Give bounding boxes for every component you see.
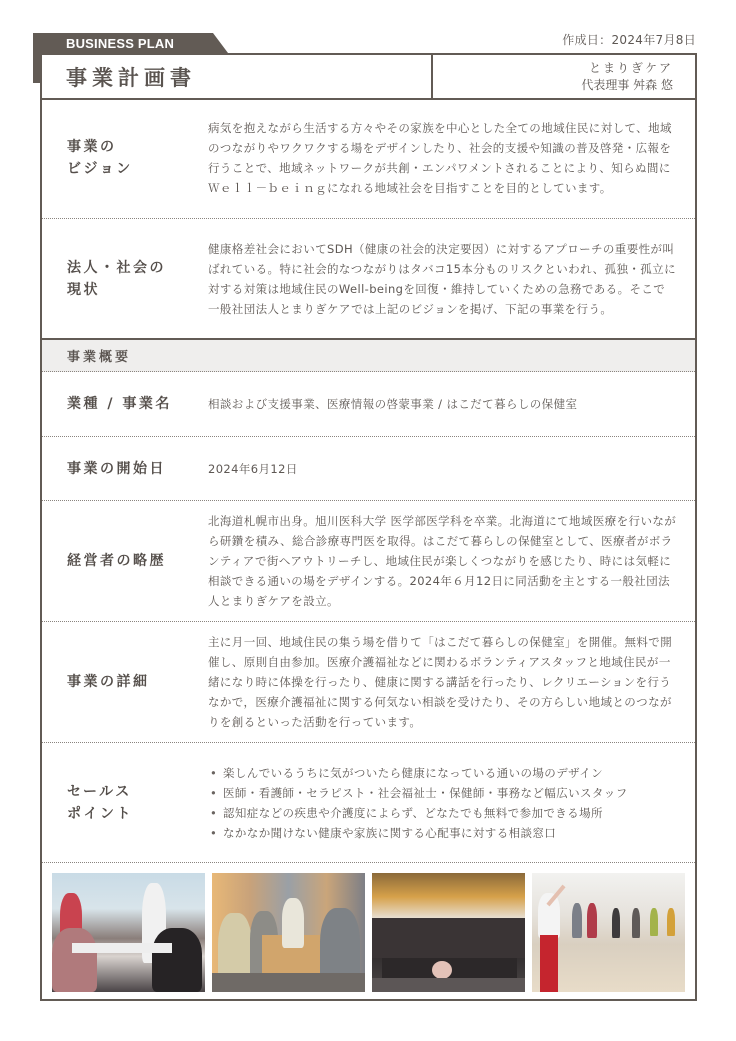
- group-conversation-photo: [212, 873, 365, 992]
- title-bar: 事業計画書 とまりぎケア 代表理事 舛森 悠: [40, 53, 697, 100]
- section-label: 事業の ビジョン: [42, 98, 208, 218]
- section-label: 業種 / 事業名: [42, 372, 208, 436]
- section-label: セールス ポイント: [42, 743, 208, 862]
- page-title: 事業計画書: [66, 62, 196, 92]
- sales-point-list: 楽しんでいるうちに気がついたら健康になっている通いの場のデザイン 医師・看護師・…: [208, 763, 628, 843]
- author-cell: とまりぎケア 代表理事 舛森 悠: [433, 55, 695, 98]
- section-label: 法人・社会の 現状: [42, 219, 208, 338]
- section-body: 病気を抱えながら生活する方々やその家族を中心とした全ての地域住民に対して、地域の…: [208, 98, 695, 218]
- section-business-type: 業種 / 事業名 相談および支援事業、医療情報の啓蒙事業 / はこだて暮らしの保…: [42, 372, 695, 437]
- group-portrait-photo: [372, 873, 525, 992]
- title-cell: 事業計画書: [42, 55, 433, 98]
- section-vision: 事業の ビジョン 病気を抱えながら生活する方々やその家族を中心とした全ての地域住…: [42, 98, 695, 219]
- section-status: 法人・社会の 現状 健康格差社会においてSDH（健康の社会的決定要因）に対するア…: [42, 219, 695, 340]
- sales-point-item: 医師・看護師・セラピスト・社会福祉士・保健師・事務など幅広いスタッフ: [208, 783, 628, 803]
- section-start-date: 事業の開始日 2024年6月12日: [42, 437, 695, 501]
- label-line: ポイント: [67, 803, 133, 825]
- label-line: 法人・社会の: [67, 257, 166, 279]
- exercise-session-photo: [532, 873, 685, 992]
- section-body: 相談および支援事業、医療情報の啓蒙事業 / はこだて暮らしの保健室: [208, 372, 695, 436]
- label-line: 事業の: [67, 136, 133, 158]
- section-detail: 事業の詳細 主に月一回、地域住民の集う場を借りて「はこだて暮らしの保健室」を開催…: [42, 622, 695, 743]
- section-body: 主に月一回、地域住民の集う場を借りて「はこだて暮らしの保健室」を開催。無料で開催…: [208, 622, 695, 742]
- label-line: ビジョン: [67, 158, 133, 180]
- created-date: 作成日：2024年7月8日: [562, 31, 696, 48]
- business-plan-tab: BUSINESS PLAN: [33, 33, 228, 53]
- sales-point-item: 認知症などの疾患や介護度によらず、どなたでも無料で参加できる場所: [208, 803, 628, 823]
- label-line: セールス: [67, 781, 133, 803]
- plan-body: 事業の ビジョン 病気を抱えながら生活する方々やその家族を中心とした全ての地域住…: [40, 98, 697, 1001]
- organization-name: とまりぎケア: [589, 60, 673, 77]
- section-label: 経営者の略歴: [42, 501, 208, 621]
- section-body: 北海道札幌市出身。旭川医科大学 医学部医学科を卒業。北海道にて地域医療を行いなが…: [208, 501, 695, 621]
- section-body: 2024年6月12日: [208, 437, 695, 500]
- section-body: 健康格差社会においてSDH（健康の社会的決定要因）に対するアプローチの重要性が叫…: [208, 219, 695, 338]
- section-career: 経営者の略歴 北海道札幌市出身。旭川医科大学 医学部医学科を卒業。北海道にて地域…: [42, 501, 695, 622]
- section-body: 楽しんでいるうちに気がついたら健康になっている通いの場のデザイン 医師・看護師・…: [208, 743, 695, 862]
- representative-name: 代表理事 舛森 悠: [581, 77, 673, 94]
- section-sales-points: セールス ポイント 楽しんでいるうちに気がついたら健康になっている通いの場のデザ…: [42, 743, 695, 863]
- sales-point-item: 楽しんでいるうちに気がついたら健康になっている通いの場のデザイン: [208, 763, 628, 783]
- tab-label: BUSINESS PLAN: [66, 36, 174, 51]
- sales-point-item: なかなか聞けない健康や家族に関する心配事に対する相談窓口: [208, 823, 628, 843]
- consultation-table-photo: [52, 873, 205, 992]
- photo-strip: [42, 863, 695, 992]
- label-line: 現状: [67, 279, 166, 301]
- overview-heading: 事業概要: [42, 340, 695, 372]
- section-label: 事業の詳細: [42, 622, 208, 742]
- section-label: 事業の開始日: [42, 437, 208, 500]
